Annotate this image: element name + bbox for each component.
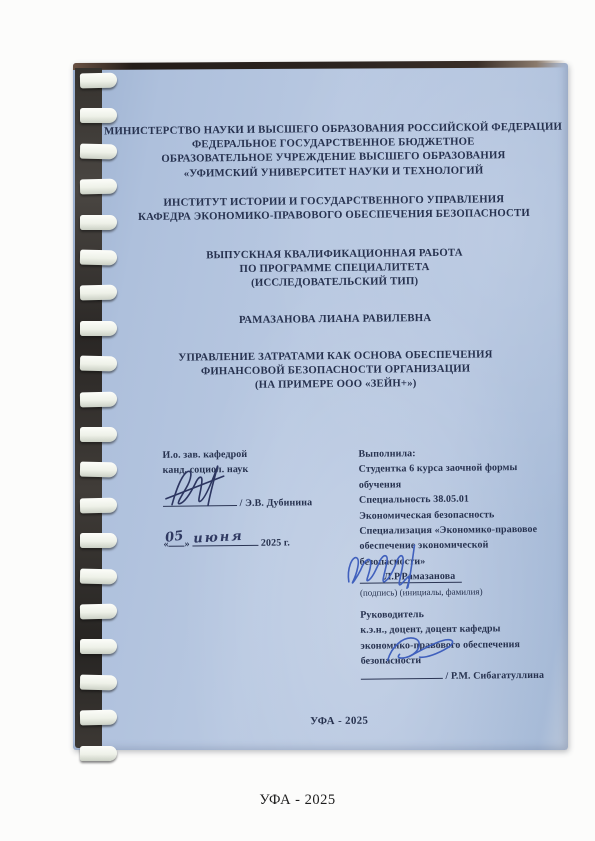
quote-close: » (184, 538, 189, 549)
city-year-page: УФА - 2025 (0, 792, 595, 809)
performer-signed-name: Л.Р.Рамазанова (360, 571, 462, 584)
signature-caption: (подпись) (инициалы, фамилия) (360, 583, 566, 601)
work-type-heading: ВЫПУСКНАЯ КВАЛИФИКАЦИОННАЯ РАБОТА ПО ПРО… (103, 245, 565, 292)
approval-block: И.о. зав. кафедрой канд. социол. наук / … (162, 447, 343, 552)
approval-date-row: «» 2025 г. 05 июня (163, 535, 343, 551)
supervisor-signature-row: / Р.М. Сибагатуллина (361, 667, 567, 685)
thesis-title-page-photo: МИНИСТЕРСТВО НАУКИ И ВЫСШЕГО ОБРАЗОВАНИЯ… (73, 63, 568, 750)
handwritten-day: 05 (164, 529, 184, 546)
approver-name: / Э.В. Дубинина (240, 497, 313, 509)
performer-block: Выполнила: Студентка 6 курса заочной фор… (358, 445, 566, 685)
supervisor-name: / Р.М. Сибагатуллина (445, 670, 544, 682)
title-page-content: МИНИСТЕРСТВО НАУКИ И ВЫСШЕГО ОБРАЗОВАНИЯ… (101, 61, 570, 753)
approval-year: 2025 г. (261, 537, 290, 548)
city-year-photo: УФА - 2025 (108, 713, 570, 730)
author-name: РАМАЗАНОВА ЛИАНА РАВИЛЕВНА (104, 310, 566, 329)
handwritten-month: июня (193, 529, 244, 546)
thesis-title: УПРАВЛЕНИЕ ЗАТРАТАМИ КАК ОСНОВА ОБЕСПЕЧЕ… (104, 347, 566, 394)
ministry-header: МИНИСТЕРСТВО НАУКИ И ВЫСШЕГО ОБРАЗОВАНИЯ… (102, 120, 565, 182)
performer-line: Специализация «Экономико-правовое (359, 522, 565, 540)
signature-rule (163, 505, 237, 507)
signature-rule (361, 678, 443, 680)
approver-degree: канд. социол. наук (163, 461, 343, 477)
institute-header: ИНСТИТУТ ИСТОРИИ И ГОСУДАРСТВЕННОГО УПРА… (103, 192, 565, 225)
document-page: { "document": { "ministry_lines": [ "МИН… (0, 0, 595, 841)
approver-signature-row: / Э.В. Дубинина (163, 496, 343, 512)
